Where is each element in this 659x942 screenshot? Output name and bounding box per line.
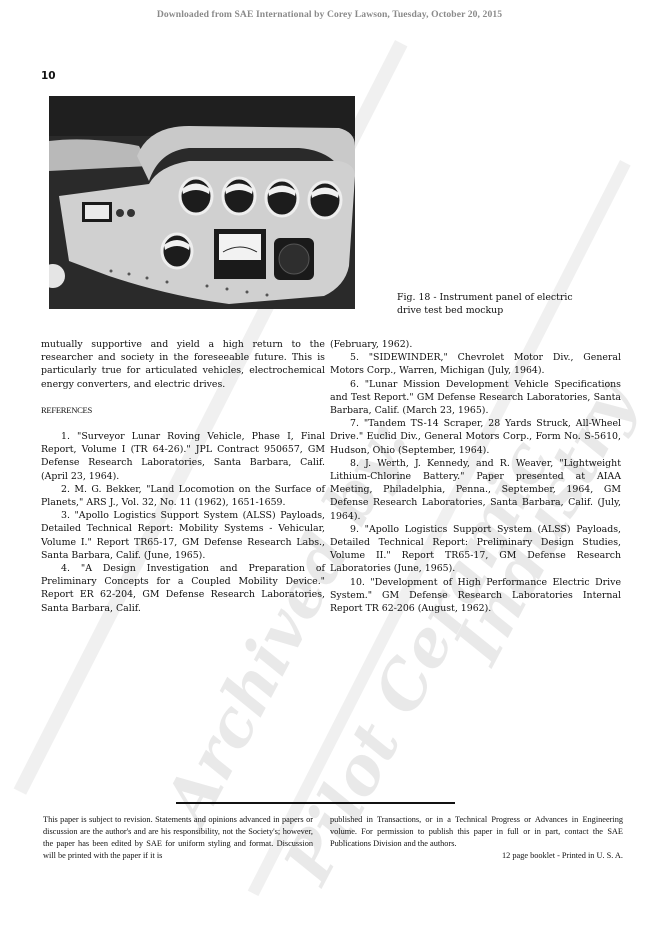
references-heading: REFERENCES [41,404,325,417]
reference-item: 2. M. G. Bekker, "Land Locomotion on the… [41,483,325,509]
instrument-panel-illustration [49,96,355,309]
reference-item: 4. "A Design Investigation and Preparati… [41,562,325,615]
reference-continuation: (February, 1962). [330,338,621,351]
reference-item: 10. "Development of High Performance Ele… [330,576,621,616]
reference-item: 5. "SIDEWINDER," Chevrolet Motor Div., G… [330,351,621,377]
reference-item: 9. "Apollo Logistics Support System (ALS… [330,523,621,576]
footer-notice-text: published in Transactions, or in a Techn… [330,814,623,850]
body-paragraph: mutually supportive and yield a high ret… [41,338,325,391]
footer-notice-left: This paper is subject to revision. State… [43,814,313,862]
right-column: (February, 1962). 5. "SIDEWINDER," Chevr… [330,338,621,615]
reference-item: 8. J. Werth, J. Kennedy, and R. Weaver, … [330,457,621,523]
booklet-info: 12 page booklet - Printed in U. S. A. [330,850,623,862]
footer-divider [176,802,455,804]
figure-caption: Fig. 18 - Instrument panel of electric d… [397,291,637,317]
page-number: 10 [41,70,56,82]
instrument-panel-photo [49,96,355,309]
reference-item: 7. "Tandem TS-14 Scraper, 28 Yards Struc… [330,417,621,457]
reference-item: 3. "Apollo Logistics Support System (ALS… [41,509,325,562]
left-column: mutually supportive and yield a high ret… [41,338,325,615]
footer-notice-right: published in Transactions, or in a Techn… [330,814,623,862]
figure-caption-line: drive test bed mockup [397,304,637,317]
download-banner: Downloaded from SAE International by Cor… [0,9,659,20]
reference-item: 1. "Surveyor Lunar Roving Vehicle, Phase… [41,430,325,483]
figure-caption-line: Fig. 18 - Instrument panel of electric [397,291,637,304]
reference-item: 6. "Lunar Mission Development Vehicle Sp… [330,378,621,418]
